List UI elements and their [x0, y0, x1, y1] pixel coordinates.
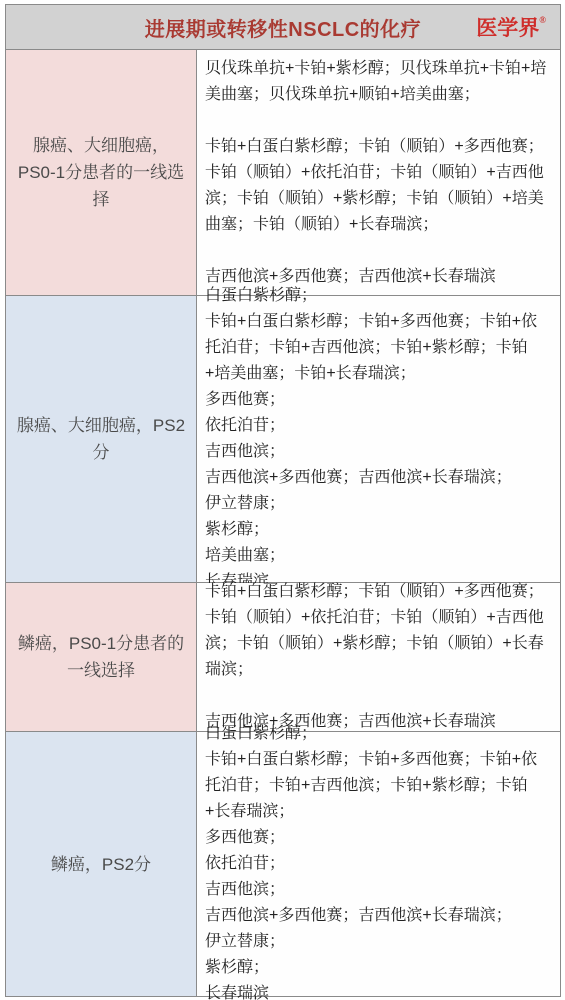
regimen-paragraph: 吉西他滨+多西他赛；吉西他滨+长春瑞滨； [205, 465, 552, 491]
regimen-paragraph: 贝伐珠单抗+卡铂+紫杉醇；贝伐珠单抗+卡铂+培美曲塞；贝伐珠单抗+顺铂+培美曲塞… [205, 56, 552, 108]
regimen-paragraph: 白蛋白紫杉醇； [205, 283, 552, 309]
regimen-paragraph: 长春瑞滨 [205, 981, 552, 1000]
table-row: 鳞癌，PS2分 白蛋白紫杉醇；卡铂+白蛋白紫杉醇；卡铂+多西他赛；卡铂+依托泊苷… [6, 731, 560, 996]
regimen-paragraph: 培美曲塞； [205, 543, 552, 569]
regimen-paragraph: 依托泊苷； [205, 413, 552, 439]
category-cell: 腺癌、大细胞癌，PS0-1分患者的一线选择 [6, 50, 197, 295]
regimen-paragraph: 多西他赛； [205, 387, 552, 413]
table-row: 鳞癌，PS0-1分患者的一线选择 卡铂+白蛋白紫杉醇；卡铂（顺铂）+多西他赛；卡… [6, 582, 560, 731]
regimen-paragraph: 紫杉醇； [205, 955, 552, 981]
regimen-cell: 卡铂+白蛋白紫杉醇；卡铂（顺铂）+多西他赛；卡铂（顺铂）+依托泊苷；卡铂（顺铂）… [197, 583, 560, 731]
page: 进展期或转移性NSCLC的化疗 医学界® 腺癌、大细胞癌，PS0-1分患者的一线… [0, 0, 565, 1000]
logo-text: 医学界 [476, 12, 539, 42]
table-row: 腺癌、大细胞癌，PS0-1分患者的一线选择 贝伐珠单抗+卡铂+紫杉醇；贝伐珠单抗… [6, 50, 560, 295]
regimen-paragraph: 伊立替康； [205, 491, 552, 517]
regimen-paragraph: 卡铂+白蛋白紫杉醇；卡铂+多西他赛；卡铂+依托泊苷；卡铂+吉西他滨；卡铂+紫杉醇… [205, 747, 552, 825]
category-cell: 腺癌、大细胞癌，PS2分 [6, 296, 197, 582]
regimen-paragraph: 紫杉醇； [205, 517, 552, 543]
regimen-paragraph: 卡铂+白蛋白紫杉醇；卡铂+多西他赛；卡铂+依托泊苷；卡铂+吉西他滨；卡铂+紫杉醇… [205, 309, 552, 387]
table-row: 腺癌、大细胞癌，PS2分 白蛋白紫杉醇；卡铂+白蛋白紫杉醇；卡铂+多西他赛；卡铂… [6, 295, 560, 582]
regimen-cell: 贝伐珠单抗+卡铂+紫杉醇；贝伐珠单抗+卡铂+培美曲塞；贝伐珠单抗+顺铂+培美曲塞… [197, 50, 560, 295]
category-cell: 鳞癌，PS2分 [6, 732, 197, 996]
category-cell: 鳞癌，PS0-1分患者的一线选择 [6, 583, 197, 731]
table-body: 腺癌、大细胞癌，PS0-1分患者的一线选择 贝伐珠单抗+卡铂+紫杉醇；贝伐珠单抗… [6, 50, 560, 996]
table-header: 进展期或转移性NSCLC的化疗 医学界® [6, 5, 560, 50]
regimen-paragraph: 吉西他滨； [205, 877, 552, 903]
nsclc-chemo-table: 进展期或转移性NSCLC的化疗 医学界® 腺癌、大细胞癌，PS0-1分患者的一线… [5, 4, 561, 997]
regimen-cell: 白蛋白紫杉醇；卡铂+白蛋白紫杉醇；卡铂+多西他赛；卡铂+依托泊苷；卡铂+吉西他滨… [197, 732, 560, 996]
registered-trademark-mark: ® [539, 15, 546, 25]
regimen-paragraph: 白蛋白紫杉醇； [205, 721, 552, 747]
regimen-paragraph: 依托泊苷； [205, 851, 552, 877]
regimen-paragraph: 卡铂+白蛋白紫杉醇；卡铂（顺铂）+多西他赛；卡铂（顺铂）+依托泊苷；卡铂（顺铂）… [205, 579, 552, 683]
regimen-paragraph: 吉西他滨+多西他赛；吉西他滨+长春瑞滨； [205, 903, 552, 929]
regimen-paragraph: 伊立替康； [205, 929, 552, 955]
regimen-paragraph: 多西他赛； [205, 825, 552, 851]
regimen-paragraph: 卡铂+白蛋白紫杉醇；卡铂（顺铂）+多西他赛；卡铂（顺铂）+依托泊苷；卡铂（顺铂）… [205, 134, 552, 238]
yixuejie-logo: 医学界® [476, 5, 546, 49]
regimen-paragraph: 吉西他滨； [205, 439, 552, 465]
regimen-cell: 白蛋白紫杉醇；卡铂+白蛋白紫杉醇；卡铂+多西他赛；卡铂+依托泊苷；卡铂+吉西他滨… [197, 296, 560, 582]
